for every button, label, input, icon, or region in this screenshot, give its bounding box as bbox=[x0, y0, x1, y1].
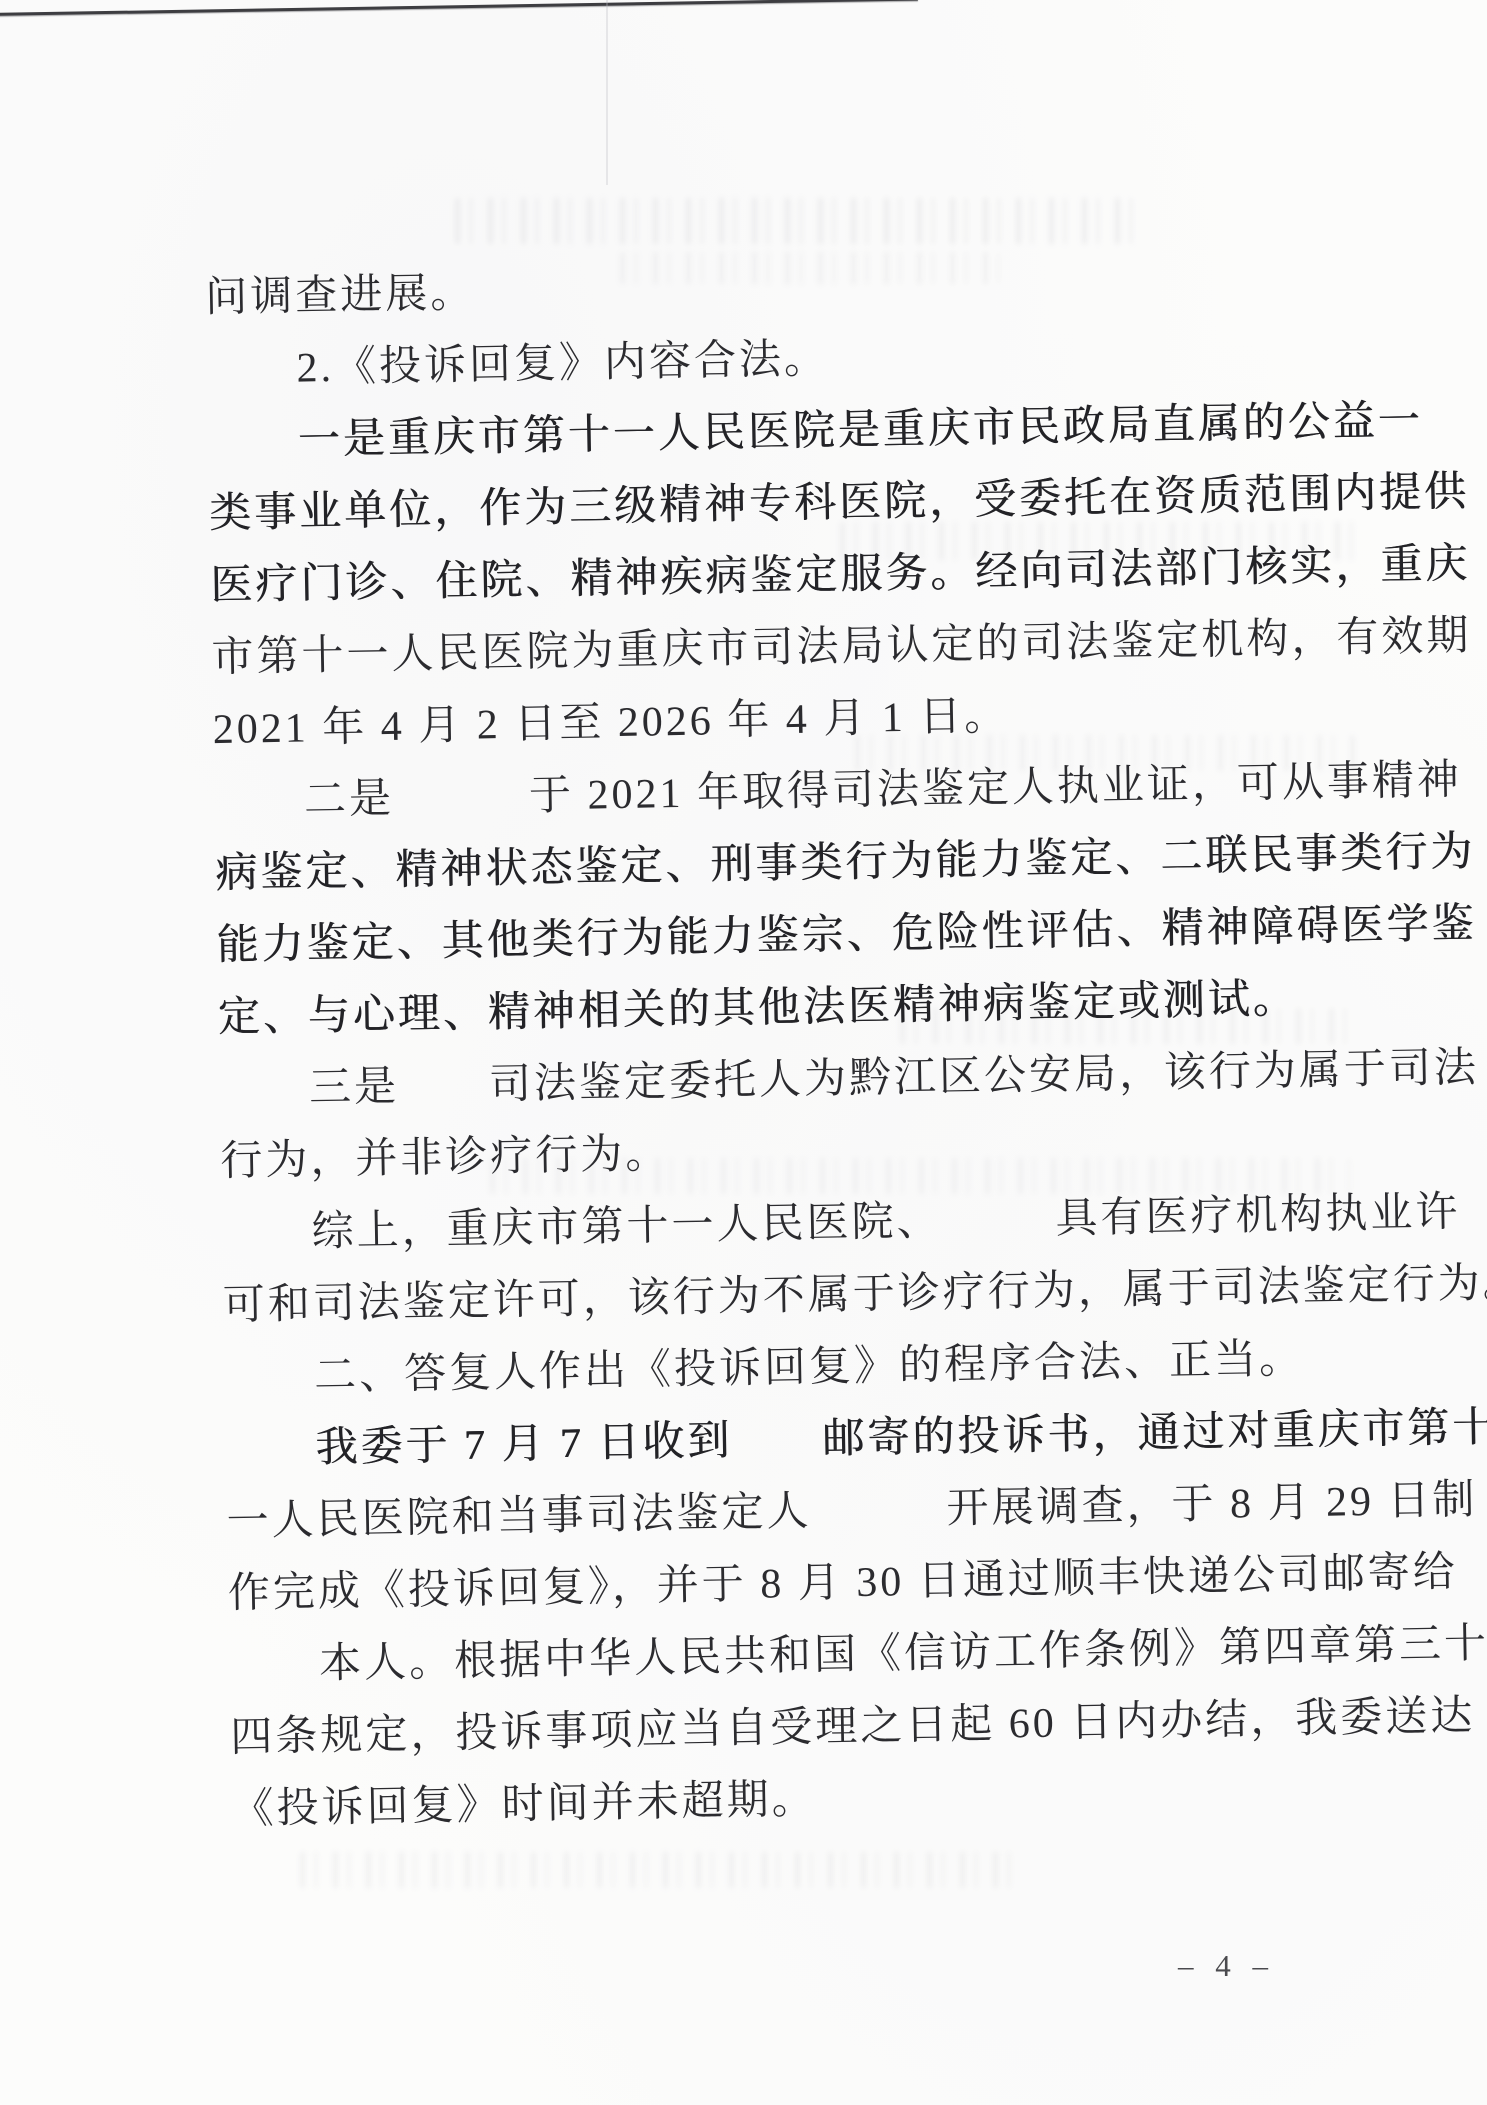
scan-line-artifact bbox=[606, 0, 608, 185]
scan-edge-artifact bbox=[0, 0, 918, 16]
bleed-through-artifact bbox=[455, 198, 1145, 244]
scanned-document-page: 问调查进展。 2.《投诉回复》内容合法。 一是重庆市第十一人民医院是重庆市民政局… bbox=[0, 0, 1487, 2105]
bleed-through-artifact bbox=[300, 1852, 1020, 1888]
document-body-text: 问调查进展。 2.《投诉回复》内容合法。 一是重庆市第十一人民医院是重庆市民政局… bbox=[205, 241, 1472, 1846]
page-number: – 4 – bbox=[1178, 1948, 1275, 1984]
